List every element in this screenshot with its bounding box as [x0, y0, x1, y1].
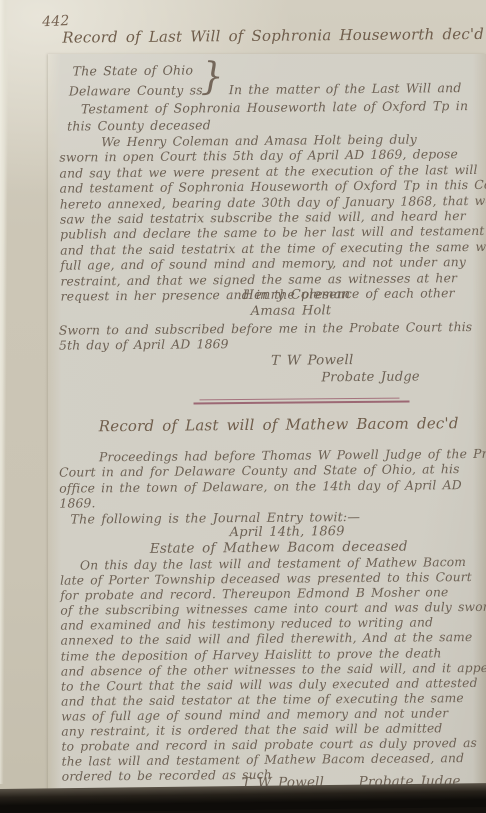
- caption-state: The State of Ohio: [73, 62, 194, 78]
- judge-title: Probate Judge: [321, 369, 420, 385]
- witness-signature-holt: Amasa Holt: [251, 303, 332, 319]
- record2-intro-paragraph: Proceedings had before Thomas W Powell J…: [59, 446, 486, 512]
- witness-signature-coleman: Henry Coleman: [243, 287, 351, 303]
- caption-county: Delaware County ss: [69, 82, 203, 98]
- handwriting-layer: 442 Record of Last Will of Sophronia Hou…: [0, 0, 486, 800]
- judge-signature: T W Powell: [271, 352, 353, 369]
- section-divider-rule: [193, 398, 409, 405]
- ledger-page-photo: 442 Record of Last Will of Sophronia Hou…: [0, 0, 486, 800]
- journal-entry-date: April 14th, 1869: [230, 524, 345, 540]
- caption-matter-line: Testament of Sophronia Houseworth late o…: [81, 98, 468, 116]
- jurat-paragraph: Sworn to and subscribed before me in the…: [59, 319, 473, 353]
- caption-brace: }: [200, 55, 223, 98]
- caption-matter-line: In the matter of the Last Will and: [229, 80, 462, 97]
- handwritten-line: 5th day of April AD 1869: [59, 334, 473, 353]
- record1-deposition-paragraph: We Henry Coleman and Amasa Holt being du…: [59, 131, 486, 304]
- record2-body-paragraph: On this day the last will and testament …: [60, 555, 486, 785]
- record2-heading: Record of Last will of Mathew Bacom dec'…: [99, 414, 459, 435]
- caption-matter-line: this County deceased: [67, 117, 211, 133]
- estate-caption: Estate of Mathew Bacom deceased: [150, 539, 408, 557]
- record1-heading: Record of Last Will of Sophronia Housewo…: [62, 25, 484, 47]
